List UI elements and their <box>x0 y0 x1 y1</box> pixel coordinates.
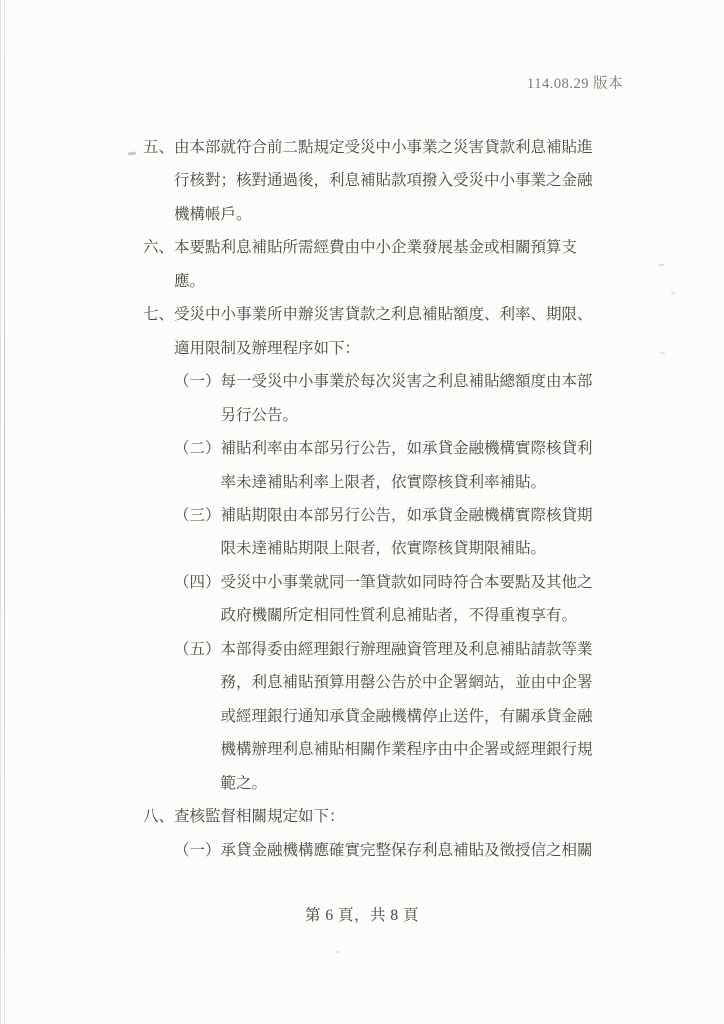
item-text: 本要點利息補貼所需經費由中小企業發展基金或相關預算支 應。 <box>174 239 577 289</box>
scan-edge-artifact <box>0 0 1 1024</box>
item-marker: 七、 <box>143 306 174 323</box>
list-item: 五、由本部就符合前二點規定受災中小事業之災害貸款利息補貼進 行核對；核對通過後，… <box>143 131 683 231</box>
scan-speck <box>128 151 136 155</box>
page-footer: 第 6 頁，共 8 頁 <box>0 903 724 925</box>
item-marker: （一） <box>174 842 221 859</box>
item-text: 每一受災中小事業於每次災害之利息補貼總額度由本部 另行公告。 <box>221 373 593 423</box>
scan-edge-artifact <box>4 0 5 1024</box>
item-marker: 六、 <box>143 239 174 256</box>
version-label: 114.08.29 版本 <box>527 72 623 93</box>
item-text: 由本部就符合前二點規定受災中小事業之災害貸款利息補貼進 行核對；核對通過後，利息… <box>174 139 593 223</box>
item-marker: （一） <box>174 373 221 390</box>
list-item: （五）本部得委由經理銀行辦理融資管理及利息補貼請款等業 務，利息補貼預算用罄公告… <box>174 633 683 800</box>
list-item: （二）補貼利率由本部另行公告，如承貸金融機構實際核貸利 率未達補貼利率上限者，依… <box>174 432 683 499</box>
scanned-document-page: 114.08.29 版本 五、由本部就符合前二點規定受災中小事業之災害貸款利息補… <box>0 0 724 1024</box>
scan-speck <box>660 352 665 354</box>
item-marker: （二） <box>174 440 221 457</box>
item-text: 受災中小事業所申辦災害貸款之利息補貼額度、利率、期限、 適用限制及辦理程序如下： <box>174 306 593 356</box>
list-item: 六、本要點利息補貼所需經費由中小企業發展基金或相關預算支 應。 <box>143 231 683 298</box>
list-item: 七、受災中小事業所申辦災害貸款之利息補貼額度、利率、期限、 適用限制及辦理程序如… <box>143 298 683 365</box>
scan-speck <box>671 292 675 294</box>
item-text: 本部得委由經理銀行辦理融資管理及利息補貼請款等業 務，利息補貼預算用罄公告於中企… <box>221 641 593 792</box>
item-marker: 五、 <box>143 139 174 156</box>
list-item: （一）每一受災中小事業於每次災害之利息補貼總額度由本部 另行公告。 <box>174 365 683 432</box>
list-item: （四）受災中小事業就同一筆貸款如同時符合本要點及其他之 政府機關所定相同性質利息… <box>174 566 683 633</box>
item-marker: （四） <box>174 574 221 591</box>
document-body: 五、由本部就符合前二點規定受災中小事業之災害貸款利息補貼進 行核對；核對通過後，… <box>143 131 683 867</box>
item-marker: （三） <box>174 507 221 524</box>
item-text: 受災中小事業就同一筆貸款如同時符合本要點及其他之 政府機關所定相同性質利息補貼者… <box>221 574 593 624</box>
list-item: （三）補貼期限由本部另行公告，如承貸金融機構實際核貸期 限未達補貼期限上限者，依… <box>174 499 683 566</box>
item-text: 承貸金融機構應確實完整保存利息補貼及徵授信之相關 <box>221 842 593 859</box>
item-text: 查核監督相關規定如下： <box>174 808 345 825</box>
item-marker: （五） <box>174 641 221 658</box>
item-marker: 八、 <box>143 808 174 825</box>
scan-speck <box>659 264 664 266</box>
scan-speck <box>336 951 339 953</box>
list-item: （一）承貸金融機構應確實完整保存利息補貼及徵授信之相關 <box>174 834 683 867</box>
item-text: 補貼利率由本部另行公告，如承貸金融機構實際核貸利 率未達補貼利率上限者，依實際核… <box>221 440 593 490</box>
item-text: 補貼期限由本部另行公告，如承貸金融機構實際核貸期 限未達補貼期限上限者，依實際核… <box>221 507 593 557</box>
list-item: 八、查核監督相關規定如下： <box>143 800 683 833</box>
